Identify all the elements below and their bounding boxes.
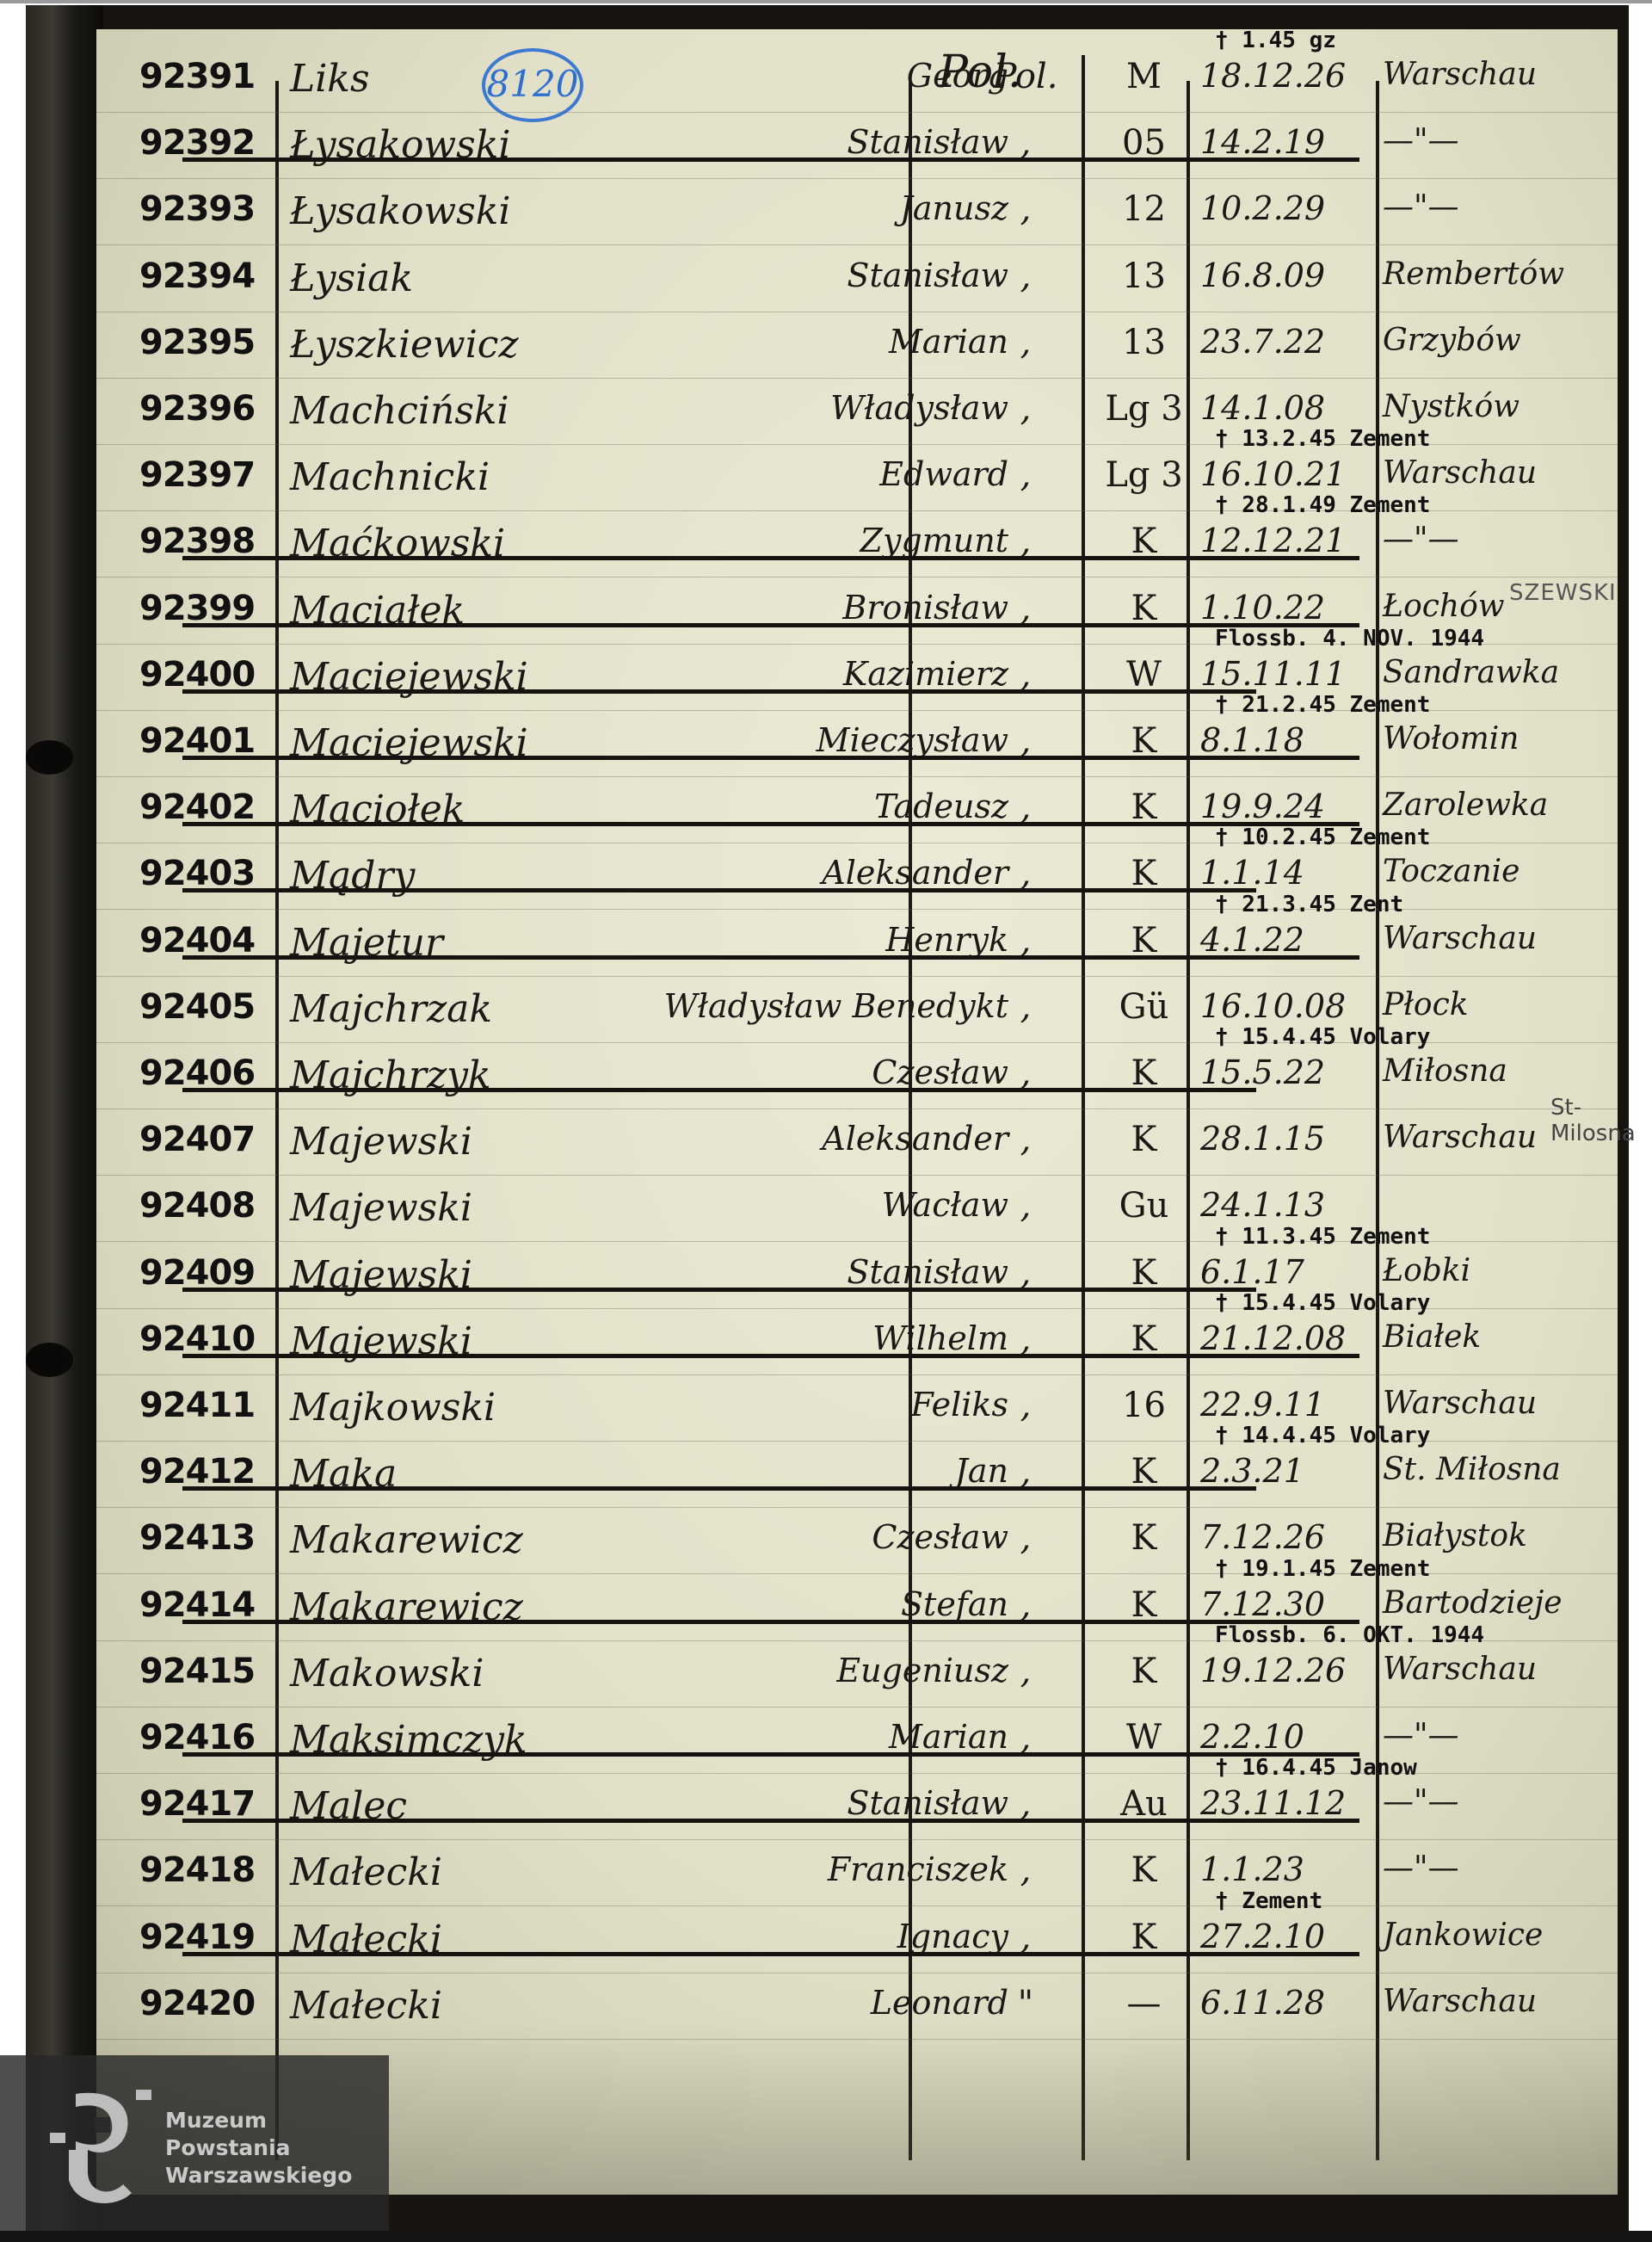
entry-nationality-mark: , [991, 1850, 1060, 1890]
entry-birth-date: 7.12.26 [1200, 1518, 1325, 1556]
entry-given-name: Stanisław [613, 1253, 1008, 1291]
entry-birth-place: Wołomin [1383, 721, 1519, 757]
entry-given-name: Franciszek [613, 1850, 1008, 1888]
entry-annotation: † 21.3.45 Zent [1215, 892, 1403, 917]
entry-birth-date: 7.12.30 [1200, 1585, 1325, 1623]
entry-number: 92397 [139, 455, 255, 495]
entry-annotation: † Zement [1215, 1888, 1322, 1914]
entry-birth-date: 16.8.09 [1200, 256, 1325, 294]
register-row: 92417MalecStanisław,Au23.11.12—"—† 16.4.… [96, 1777, 1618, 1844]
entry-annotation: † 14.4.45 Volary [1215, 1423, 1430, 1448]
ruled-line [96, 1973, 1618, 1973]
strikethrough-line [182, 1752, 1359, 1757]
entry-number: 92394 [139, 256, 255, 296]
entry-nationality-mark: , [991, 1120, 1060, 1159]
entry-annotation: † 21.2.45 Zement [1215, 692, 1430, 718]
entry-given-name: Tadeusz [613, 787, 1008, 825]
entry-surname: Małecki [290, 1984, 442, 2028]
entry-number: 92413 [139, 1518, 255, 1558]
entry-given-name: Bronisław [613, 589, 1008, 627]
entry-birth-place: Płock [1383, 987, 1469, 1022]
entry-birth-date: 6.1.17 [1200, 1253, 1304, 1291]
ruled-line [96, 1707, 1618, 1708]
strikethrough-line [182, 1819, 1359, 1823]
entry-birth-place: Warschau [1383, 455, 1537, 491]
ruled-line [96, 1839, 1618, 1840]
strikethrough-line [182, 1354, 1359, 1358]
strikethrough-line [182, 1486, 1256, 1491]
entry-birth-place: Warschau [1383, 57, 1537, 92]
register-row: 92401MaciejewskiMieczysław,K8.1.18Wołomi… [96, 714, 1618, 781]
entry-annotation: Flossb. 6. OKT. 1944 [1215, 1622, 1484, 1648]
entry-given-name: Władysław Benedykt [613, 987, 1008, 1025]
ruled-line [96, 312, 1618, 312]
entry-birth-date: 19.12.26 [1200, 1652, 1346, 1689]
entry-given-name: Ignacy [613, 1918, 1008, 1955]
entry-given-name: Kazimierz [613, 655, 1008, 693]
entry-birth-date: 15.5.22 [1200, 1053, 1325, 1091]
strikethrough-line [182, 888, 1256, 892]
entry-number: 92396 [139, 389, 255, 429]
register-row: 92398MaćkowskiZygmunt,K12.12.21—"—† 28.1… [96, 515, 1618, 581]
entry-nationality-mark: , [991, 256, 1060, 296]
entry-nationality-mark: , [991, 1518, 1060, 1558]
entry-annotation: † 19.1.45 Zement [1215, 1556, 1430, 1582]
register-row: 92412MakaJan,K2.3.21St. Miłosna† 14.4.45… [96, 1445, 1618, 1511]
entry-birth-place: Bartodzieje [1383, 1585, 1563, 1621]
entry-category: Lg 3 [1103, 389, 1185, 429]
entry-annotation: † 16.4.45 Janow [1215, 1755, 1417, 1781]
entry-given-name: Aleksander [613, 1120, 1008, 1158]
entry-given-name: Wacław [613, 1186, 1008, 1224]
entry-given-name: Jan [613, 1452, 1008, 1490]
entry-birth-place: Białek [1383, 1319, 1481, 1355]
ruled-line [96, 1374, 1618, 1375]
entry-birth-place: Warschau [1383, 1120, 1537, 1155]
entry-surname: Majewski [290, 1120, 472, 1164]
entry-surname: Majewski [290, 1186, 472, 1230]
entry-surname: Makowski [290, 1652, 484, 1695]
entry-category: K [1103, 1120, 1185, 1159]
entry-birth-date: 24.1.13 [1200, 1186, 1325, 1224]
entry-birth-place: —"— [1383, 1784, 1459, 1819]
entry-birth-place: Toczanie [1383, 854, 1520, 889]
entry-surname: Majchrzak [290, 987, 492, 1031]
entry-number: 92395 [139, 323, 255, 362]
entry-given-name: Mieczysław [613, 721, 1008, 759]
ruled-line [96, 577, 1618, 577]
entry-surname: Majkowski [290, 1386, 496, 1430]
entry-birth-date: 8.1.18 [1200, 721, 1304, 759]
register-row: 92415MakowskiEugeniusz,K19.12.26Warschau… [96, 1645, 1618, 1711]
entry-birth-date: 12.12.21 [1200, 522, 1346, 559]
entry-birth-place: Łochów [1383, 589, 1505, 624]
entry-birth-place: —"— [1383, 189, 1459, 225]
ruled-line [96, 1175, 1618, 1176]
entry-annotation: † 11.3.45 Zement [1215, 1224, 1430, 1250]
entry-birth-date: 18.12.26 [1200, 57, 1346, 95]
entry-nationality-mark: , [991, 389, 1060, 429]
entry-category: 13 [1103, 323, 1185, 362]
museum-name: Muzeum Powstania Warszawskiego [165, 2107, 352, 2190]
entry-birth-place: Zarolewka [1383, 787, 1548, 823]
entry-number: 92407 [139, 1120, 255, 1159]
entry-given-name: Czesław [613, 1518, 1008, 1556]
strikethrough-line [182, 556, 1359, 560]
entry-birth-date: 2.3.21 [1200, 1452, 1304, 1490]
entry-birth-date: 16.10.21 [1200, 455, 1346, 493]
entry-birth-date: 27.2.10 [1200, 1918, 1325, 1955]
strikethrough-line [182, 1952, 1359, 1956]
strikethrough-line [182, 623, 1359, 627]
strikethrough-line [182, 157, 1359, 162]
entry-annotation: Flossb. 4. NOV. 1944 [1215, 626, 1484, 652]
entry-birth-place: Grzybów [1383, 323, 1521, 358]
register-row: 92392ŁysakowskiStanisław,0514.2.19—"— [96, 116, 1618, 182]
entry-birth-date: 10.2.29 [1200, 189, 1325, 227]
ruled-line [96, 1109, 1618, 1109]
register-row: 92391LiksGeorgPol.M18.12.26Warschau† 1.4… [96, 50, 1618, 116]
punch-hole-icon [26, 740, 73, 775]
kotwica-anchor-icon [50, 2090, 153, 2206]
entry-birth-place: Białystok [1383, 1518, 1527, 1553]
entry-birth-place: —"— [1383, 1718, 1459, 1753]
binder-edge [26, 5, 103, 2231]
scan-bottom-border [0, 2231, 1652, 2242]
register-row: 92404MajeturHenryk,K4.1.22Warschau† 21.3… [96, 914, 1618, 980]
entry-surname: Małecki [290, 1850, 442, 1894]
entry-category: K [1103, 1652, 1185, 1691]
entry-category: K [1103, 1850, 1185, 1890]
entry-category: Gu [1103, 1186, 1185, 1226]
entry-number: 92405 [139, 987, 255, 1027]
entry-birth-date: 19.9.24 [1200, 787, 1325, 825]
entry-birth-place: Warschau [1383, 921, 1537, 956]
entry-surname: Łysiak [290, 256, 413, 300]
entry-given-name: Janusz [613, 189, 1008, 227]
entry-number: 92415 [139, 1652, 255, 1691]
entry-number: 92420 [139, 1984, 255, 2023]
entry-birth-place: Warschau [1383, 1386, 1537, 1421]
strikethrough-line [182, 689, 1256, 694]
entry-birth-date: 23.11.12 [1200, 1784, 1346, 1822]
entry-surname: Łysakowski [290, 189, 510, 233]
entry-birth-date: 1.1.23 [1200, 1850, 1304, 1888]
entry-birth-date: 1.1.14 [1200, 854, 1304, 892]
ruled-line [96, 976, 1618, 977]
entry-annotation: † 28.1.49 Zement [1215, 492, 1430, 518]
entry-number: 92408 [139, 1186, 255, 1226]
entry-annotation: † 10.2.45 Zement [1215, 825, 1430, 850]
register-row: 92406MajchrzykCzesław,K15.5.22Miłosna† 1… [96, 1047, 1618, 1113]
register-row: 92420MałeckiLeonard"—6.11.28Warschau [96, 1977, 1618, 2043]
strikethrough-line [182, 822, 1359, 826]
entry-birth-date: 14.2.19 [1200, 123, 1325, 161]
entry-given-name: Stefan [613, 1585, 1008, 1623]
entry-nationality-mark: " [991, 1984, 1060, 2023]
ruled-line [96, 244, 1618, 245]
museum-watermark: Muzeum Powstania Warszawskiego [0, 2055, 389, 2242]
register-page: 8120 Pol. SZEWSKI St-Milosna 92391LiksGe… [96, 29, 1618, 2195]
entry-given-name: Henryk [613, 921, 1008, 959]
entry-annotation: † 15.4.45 Volary [1215, 1024, 1430, 1050]
entry-birth-date: 4.1.22 [1200, 921, 1304, 959]
entry-nationality-mark: Pol. [991, 57, 1060, 96]
entry-birth-date: 6.11.28 [1200, 1984, 1325, 2022]
entry-given-name: Zygmunt [613, 522, 1008, 559]
entry-birth-place: Sandrawka [1383, 655, 1559, 690]
ruled-line [96, 178, 1618, 179]
entry-birth-place: St. Miłosna [1383, 1452, 1561, 1487]
scan-frame: 8120 Pol. SZEWSKI St-Milosna 92391LiksGe… [0, 0, 1652, 2242]
register-row: 92394ŁysiakStanisław,1316.8.09Rembertów [96, 250, 1618, 316]
entry-surname: Łyszkiewicz [290, 323, 519, 367]
entry-birth-place: Miłosna [1383, 1053, 1507, 1089]
ruled-line [96, 112, 1618, 113]
entry-birth-place: —"— [1383, 123, 1459, 158]
entry-category: Gü [1103, 987, 1185, 1027]
strikethrough-line [182, 756, 1359, 760]
entry-birth-date: 22.9.11 [1200, 1386, 1325, 1424]
entry-nationality-mark: , [991, 189, 1060, 229]
ruled-line [96, 1507, 1618, 1508]
entry-number: 92393 [139, 189, 255, 229]
entry-category: — [1103, 1984, 1185, 2023]
entry-given-name: Edward [613, 455, 1008, 493]
register-row: 92393ŁysakowskiJanusz,1210.2.29—"— [96, 182, 1618, 249]
strikethrough-line [182, 955, 1359, 960]
entry-annotation: † 1.45 gz [1215, 28, 1336, 53]
entry-nationality-mark: , [991, 1652, 1060, 1691]
entry-nationality-mark: , [991, 455, 1060, 495]
entry-birth-date: 28.1.15 [1200, 1120, 1325, 1158]
entry-surname: Makarewicz [290, 1518, 523, 1562]
entry-birth-place: Rembertów [1383, 256, 1564, 292]
entry-category: M [1103, 57, 1185, 96]
entry-category: K [1103, 1518, 1185, 1558]
entry-given-name: Leonard [613, 1984, 1008, 2022]
entry-number: 92411 [139, 1386, 255, 1425]
entry-category: 16 [1103, 1386, 1185, 1425]
entry-given-name: Stanisław [613, 1784, 1008, 1822]
museum-name-line3: Warszawskiego [165, 2162, 352, 2190]
entry-given-name: Eugeniusz [613, 1652, 1008, 1689]
entry-birth-place: Jankowice [1383, 1918, 1543, 1953]
strikethrough-line [182, 1620, 1359, 1624]
entry-nationality-mark: , [991, 323, 1060, 362]
entry-given-name: Marian [613, 323, 1008, 361]
entry-surname: Machnicki [290, 455, 490, 499]
ruled-line [96, 776, 1618, 777]
entry-number: 92391 [139, 57, 255, 96]
entry-surname: Liks [290, 57, 370, 101]
entry-birth-date: 2.2.10 [1200, 1718, 1304, 1756]
entry-nationality-mark: , [991, 1386, 1060, 1425]
entry-given-name: Marian [613, 1718, 1008, 1756]
punch-hole-icon [26, 1343, 73, 1377]
entry-birth-date: 1.10.22 [1200, 589, 1325, 627]
entry-given-name: Czesław [613, 1053, 1008, 1091]
entry-birth-date: 15.11.11 [1200, 655, 1346, 693]
entry-category: 12 [1103, 189, 1185, 229]
entry-number: 92418 [139, 1850, 255, 1890]
register-row: 92410MajewskiWilhelm,K21.12.08Białek† 15… [96, 1312, 1618, 1379]
entry-category: 13 [1103, 256, 1185, 296]
entry-birth-place: —"— [1383, 522, 1459, 557]
entry-surname: Machciński [290, 389, 509, 433]
entry-given-name: Wilhelm [613, 1319, 1008, 1357]
entry-birth-place: Nystków [1383, 389, 1519, 424]
strikethrough-line [182, 1088, 1256, 1092]
entry-birth-place: Warschau [1383, 1652, 1537, 1687]
register-row: 92418MałeckiFranciszek,K1.1.23—"— [96, 1844, 1618, 1910]
ruled-line [96, 2039, 1618, 2040]
entry-birth-date: 23.7.22 [1200, 323, 1325, 361]
entry-given-name: Stanisław [613, 123, 1008, 161]
entry-annotation: † 13.2.45 Zement [1215, 426, 1430, 452]
register-row: 92419MałeckiIgnacy,K27.2.10Jankowice† Ze… [96, 1911, 1618, 1977]
museum-name-line2: Powstania [165, 2134, 352, 2162]
register-row: 92395ŁyszkiewiczMarian,1323.7.22Grzybów [96, 316, 1618, 382]
entry-birth-date: 21.12.08 [1200, 1319, 1346, 1357]
entry-given-name: Aleksander [613, 854, 1008, 892]
ruled-line [96, 1905, 1618, 1906]
entry-birth-place: Warschau [1383, 1984, 1537, 2019]
entry-birth-place: —"— [1383, 1850, 1459, 1886]
ruled-line [96, 378, 1618, 379]
entry-category: Lg 3 [1103, 455, 1185, 495]
entry-birth-place: Łobki [1383, 1253, 1470, 1288]
scan-top-border [0, 0, 1652, 3]
entry-given-name: Stanisław [613, 256, 1008, 294]
museum-name-line1: Muzeum [165, 2107, 352, 2134]
entry-birth-date: 16.10.08 [1200, 987, 1346, 1025]
entry-given-name: Georg [613, 57, 1008, 95]
entry-given-name: Władysław [613, 389, 1008, 427]
entry-given-name: Feliks [613, 1386, 1008, 1424]
entry-nationality-mark: , [991, 987, 1060, 1027]
entry-annotation: † 15.4.45 Volary [1215, 1290, 1430, 1316]
strikethrough-line [182, 1288, 1256, 1292]
register-row: 92407MajewskiAleksander,K28.1.15Warschau [96, 1113, 1618, 1179]
entry-birth-date: 14.1.08 [1200, 389, 1325, 427]
entry-nationality-mark: , [991, 1186, 1060, 1226]
